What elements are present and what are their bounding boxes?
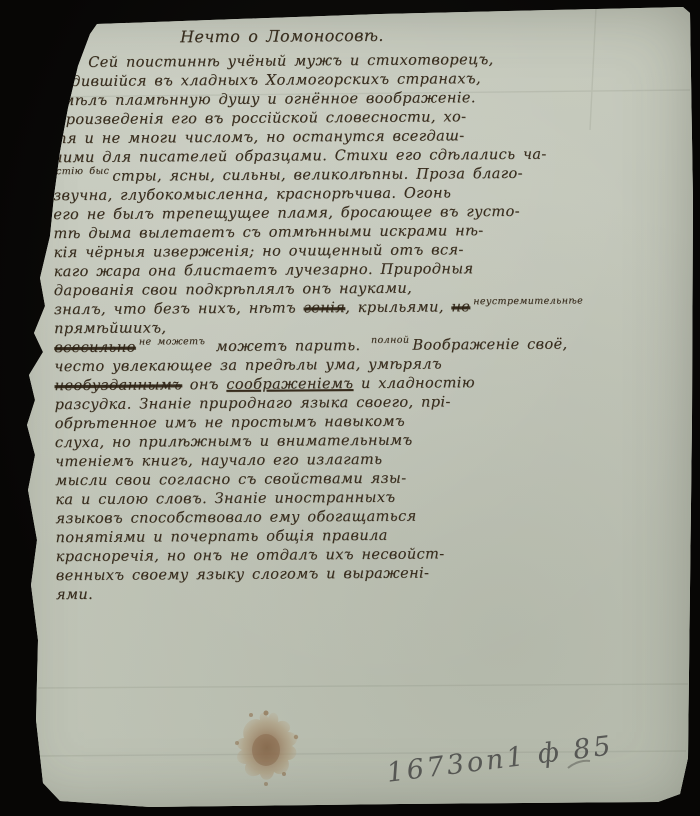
edge-shading: [0, 0, 700, 816]
manuscript-page: Нечто о Ломоносовѣ. Сей поистиннѣ учёный…: [0, 0, 700, 816]
photo-background: Нечто о Ломоносовѣ. Сей поистиннѣ учёный…: [0, 0, 700, 816]
